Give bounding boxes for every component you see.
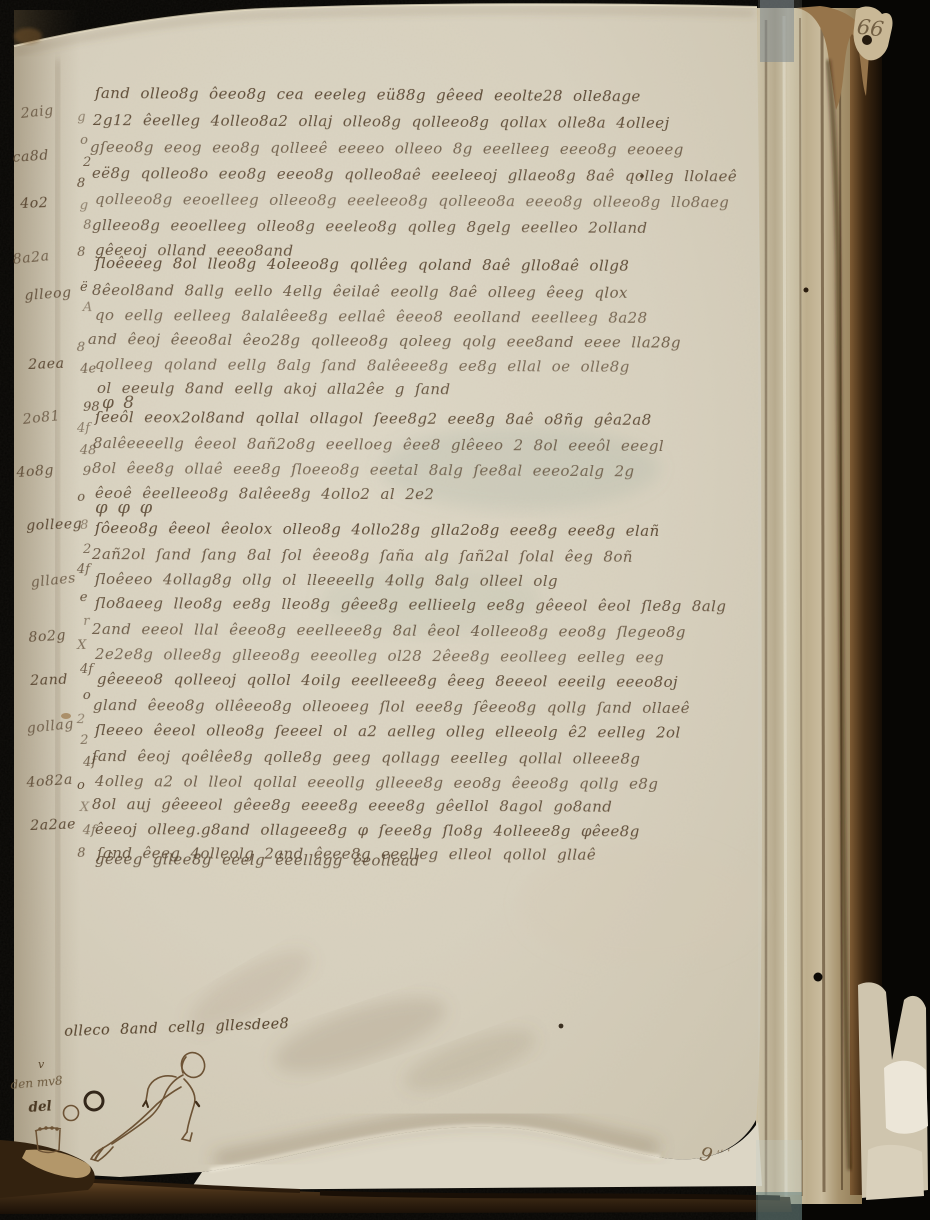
margin-glyph: 8 [76,340,85,355]
margin-glyph: 2 [80,733,89,748]
margin-glyph: 48 [80,443,97,458]
margin-glyph: 98 [83,400,100,415]
margin-glyph: X [80,800,90,815]
text-line: 8ol auj gêeeeol gêee8g eeee8g eeee8g gêe… [92,795,612,816]
margin-glyph: 4f [77,421,90,436]
margin-glyph: 8 [77,176,86,191]
margin-word: 2a2ae [30,816,76,834]
margin-word: 4o82a [26,772,74,791]
margin-glyph: ë [80,280,88,295]
folio-number: 66 [856,14,885,41]
text-line: ſeeôl eeox2ol8and qollal ollagol ſeee8g2… [95,408,652,429]
text-line: and êeoj êeeo8al êeo28g qolleeo8g qoleeg… [88,330,681,352]
text-line: ſand êeoj qoêlêe8g qolle8g geeg qollagg … [92,747,640,768]
text-line: ſlo8aeeg lleo8g ee8g lleo8g gêee8g eelli… [95,594,726,615]
margin-glyph: 9 [82,464,91,479]
margin-word: ca8d [12,147,49,166]
margin-word: 8o2g [28,627,67,646]
margin-word: 4o8g [16,462,55,481]
marginalia-v: v [38,1058,44,1071]
text-line: qo eellg eelleeg 8alalêee8g eellaê êeeo8… [95,306,648,327]
margin-glyph: 8 [77,846,86,861]
margin-word: 4o2 [20,195,49,212]
margin-glyph: g [77,110,86,125]
text-line: êeeoj olleeg.g8and ollageee8g φ ſeee8g ſ… [95,820,640,840]
text-line: ſloêeeeg 8ol lleo8g 4oleeo8g qollêeg qol… [95,254,629,275]
text-line: gêeeg gllee8g eeelg êeellagg êeollead [95,850,420,870]
marginalia-del: del [28,1098,52,1116]
margin-glyph: 4e [80,361,96,377]
manuscript-scan: 66 ſand olleo8g ôeeo8g cea eeeleg eü88g … [0,0,930,1220]
text-line: 8alêeeeellg êeeol 8añ2o8g eeelloeg êee8 … [93,434,664,455]
margin-glyph: o [77,490,85,505]
text-line: gland êeeo8g ollêeeo8g olleoeeg ſlol eee… [93,696,690,717]
margin-glyph: 2 [83,155,91,170]
margin-glyph: r [83,614,90,629]
text-line: 8êeol8and 8allg eello 4ellg êeilaê eeoll… [92,281,628,302]
text-line: qolleeg qoland eellg 8alg ſand 8alêeee8g… [95,355,630,376]
text-line: ol eeeulg 8and eellg akoj alla2êe g ſand [97,379,451,398]
text-line: 8ol êee8g ollaê eee8g ſloeeo8g eeetal 8a… [92,459,635,480]
margin-glyph: 4f [80,662,93,677]
margin-glyph: 2 [76,712,85,727]
margin-word: golleeg [26,516,83,534]
text-line: gſeeo8g eeog eeo8g qolleeê eeeeo olleeo … [90,138,684,159]
margin-glyph: A [83,300,93,315]
margin-glyph: 8 [77,245,86,260]
text-line: qolleeo8g eeoelleeg olleeo8g eeeleeo8g q… [95,190,729,211]
text-line: 2añ2ol ſand ſang 8al ſol êeeo8g ſaña alg… [92,545,633,566]
margin-glyph: 4f [82,823,96,838]
margin-word: 2and [30,672,68,689]
text-line: ſand olleo8g ôeeo8g cea eeeleg eü88g gêe… [95,84,641,105]
margin-word: glleog [24,285,72,304]
quire-mark-flourish: ،، ، [715,1141,731,1156]
margin-glyph: 2 [83,542,91,557]
margin-glyph: 4f [83,755,96,770]
text-line: ſôeeo8g êeeol êeolox olleo8g 4ollo28g gl… [95,519,660,540]
text-line: glleeo8g eeoelleeg olleo8g eeeleo8g qoll… [92,216,648,237]
text-line: 4olleg a2 ol lleol qollal eeeollg glleee… [95,772,658,793]
ring-circle-drawing [85,1092,103,1110]
text-line: 2and eeeol llal êeeo8g eeelleee8g 8al êe… [92,620,686,641]
text-line: 2e2e8g ollee8g glleeo8g eeeolleg ol28 2ê… [95,645,664,666]
margin-glyph: 4f [77,562,90,577]
tape-strip [756,0,802,1220]
text-line: 2g12 êeelleg 4olleo8a2 ollaj olleo8g qol… [93,111,670,132]
text-line: ſleeeo êeeol olleo8g ſeeeel ol a2 aelleg… [95,721,681,742]
text-line: ſloêeeo 4ollag8g ollg ol lleeeellg 4ollg… [95,570,558,590]
margin-glyph: X [77,638,87,653]
margin-glyph: g [79,198,88,213]
text-line: eë8g qolleo8o eeo8g eeeo8g qolleo8aê eee… [92,164,737,185]
margin-word: 2aea [28,356,65,373]
text-line: gêeeeo8 qolleeoj qollol 4oilg eeelleee8g… [97,670,678,691]
margin-glyph: o [77,778,85,793]
flourish-row: φ φ φ [95,497,154,518]
margin-glyph: 8 [83,218,92,233]
margin-glyph: o [83,688,91,703]
gutter-shadow [14,10,80,1170]
margin-glyph: e [79,590,87,605]
margin-glyph: o [80,133,88,148]
